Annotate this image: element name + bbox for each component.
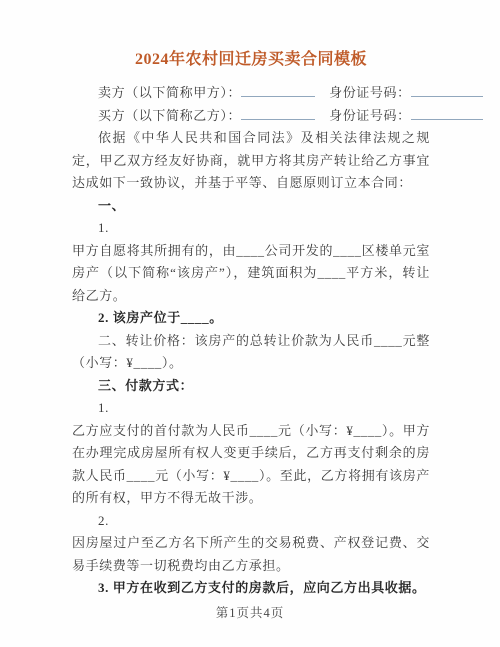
buyer-id-label: 身份证号码：	[329, 108, 411, 123]
seller-name-blank	[241, 83, 315, 97]
clause-receipt: 3. 甲方在收到乙方支付的房款后，应向乙方出具收据。	[72, 577, 430, 600]
seller-id-blank	[411, 83, 483, 97]
document-body: 2024年农村回迁房买卖合同模板 卖方（以下简称甲方）：身份证号码： 买方（以下…	[0, 0, 500, 600]
document-title: 2024年农村回迁房买卖合同模板	[72, 48, 430, 72]
clause-house-location: 2. 该房产位于____。	[72, 307, 430, 330]
section-three-number-1: 1.	[72, 397, 430, 420]
page-number: 第1页共4页	[0, 603, 500, 621]
intro-paragraph: 依据《中华人民共和国合同法》及相关法律法规之规定，甲乙双方经友好协商，就甲方将其…	[72, 127, 430, 195]
section-one-heading: 一、	[72, 195, 430, 218]
section-three-number-2: 2.	[72, 510, 430, 533]
seller-row: 卖方（以下简称甲方）：身份证号码：	[72, 82, 430, 105]
seller-id-label: 身份证号码：	[329, 85, 411, 100]
clause-payment-terms: 乙方应支付的首付款为人民币____元（小写：¥____）。甲方在办理完成房屋所有…	[72, 420, 430, 510]
seller-label: 卖方（以下简称甲方）：	[98, 85, 241, 100]
section-three-heading: 三、付款方式：	[72, 375, 430, 398]
section-one-number-1: 1.	[72, 217, 430, 240]
buyer-label: 买方（以下简称乙方）：	[98, 108, 241, 123]
buyer-name-blank	[241, 106, 315, 120]
buyer-id-blank	[411, 106, 483, 120]
contract-document-page: 2024年农村回迁房买卖合同模板 卖方（以下简称甲方）：身份证号码： 买方（以下…	[0, 0, 500, 647]
section-two-price: 二、转让价格：该房产的总转让价款为人民币____元整（小写：¥____）。	[72, 330, 430, 375]
clause-taxes-fees: 因房屋过户至乙方名下所产生的交易税费、产权登记费、交易手续费等一切税费均由乙方承…	[72, 532, 430, 577]
buyer-row: 买方（以下简称乙方）：身份证号码：	[72, 105, 430, 128]
clause-house-description: 甲方自愿将其所拥有的，由____公司开发的____区楼单元室房产（以下简称“该房…	[72, 240, 430, 308]
